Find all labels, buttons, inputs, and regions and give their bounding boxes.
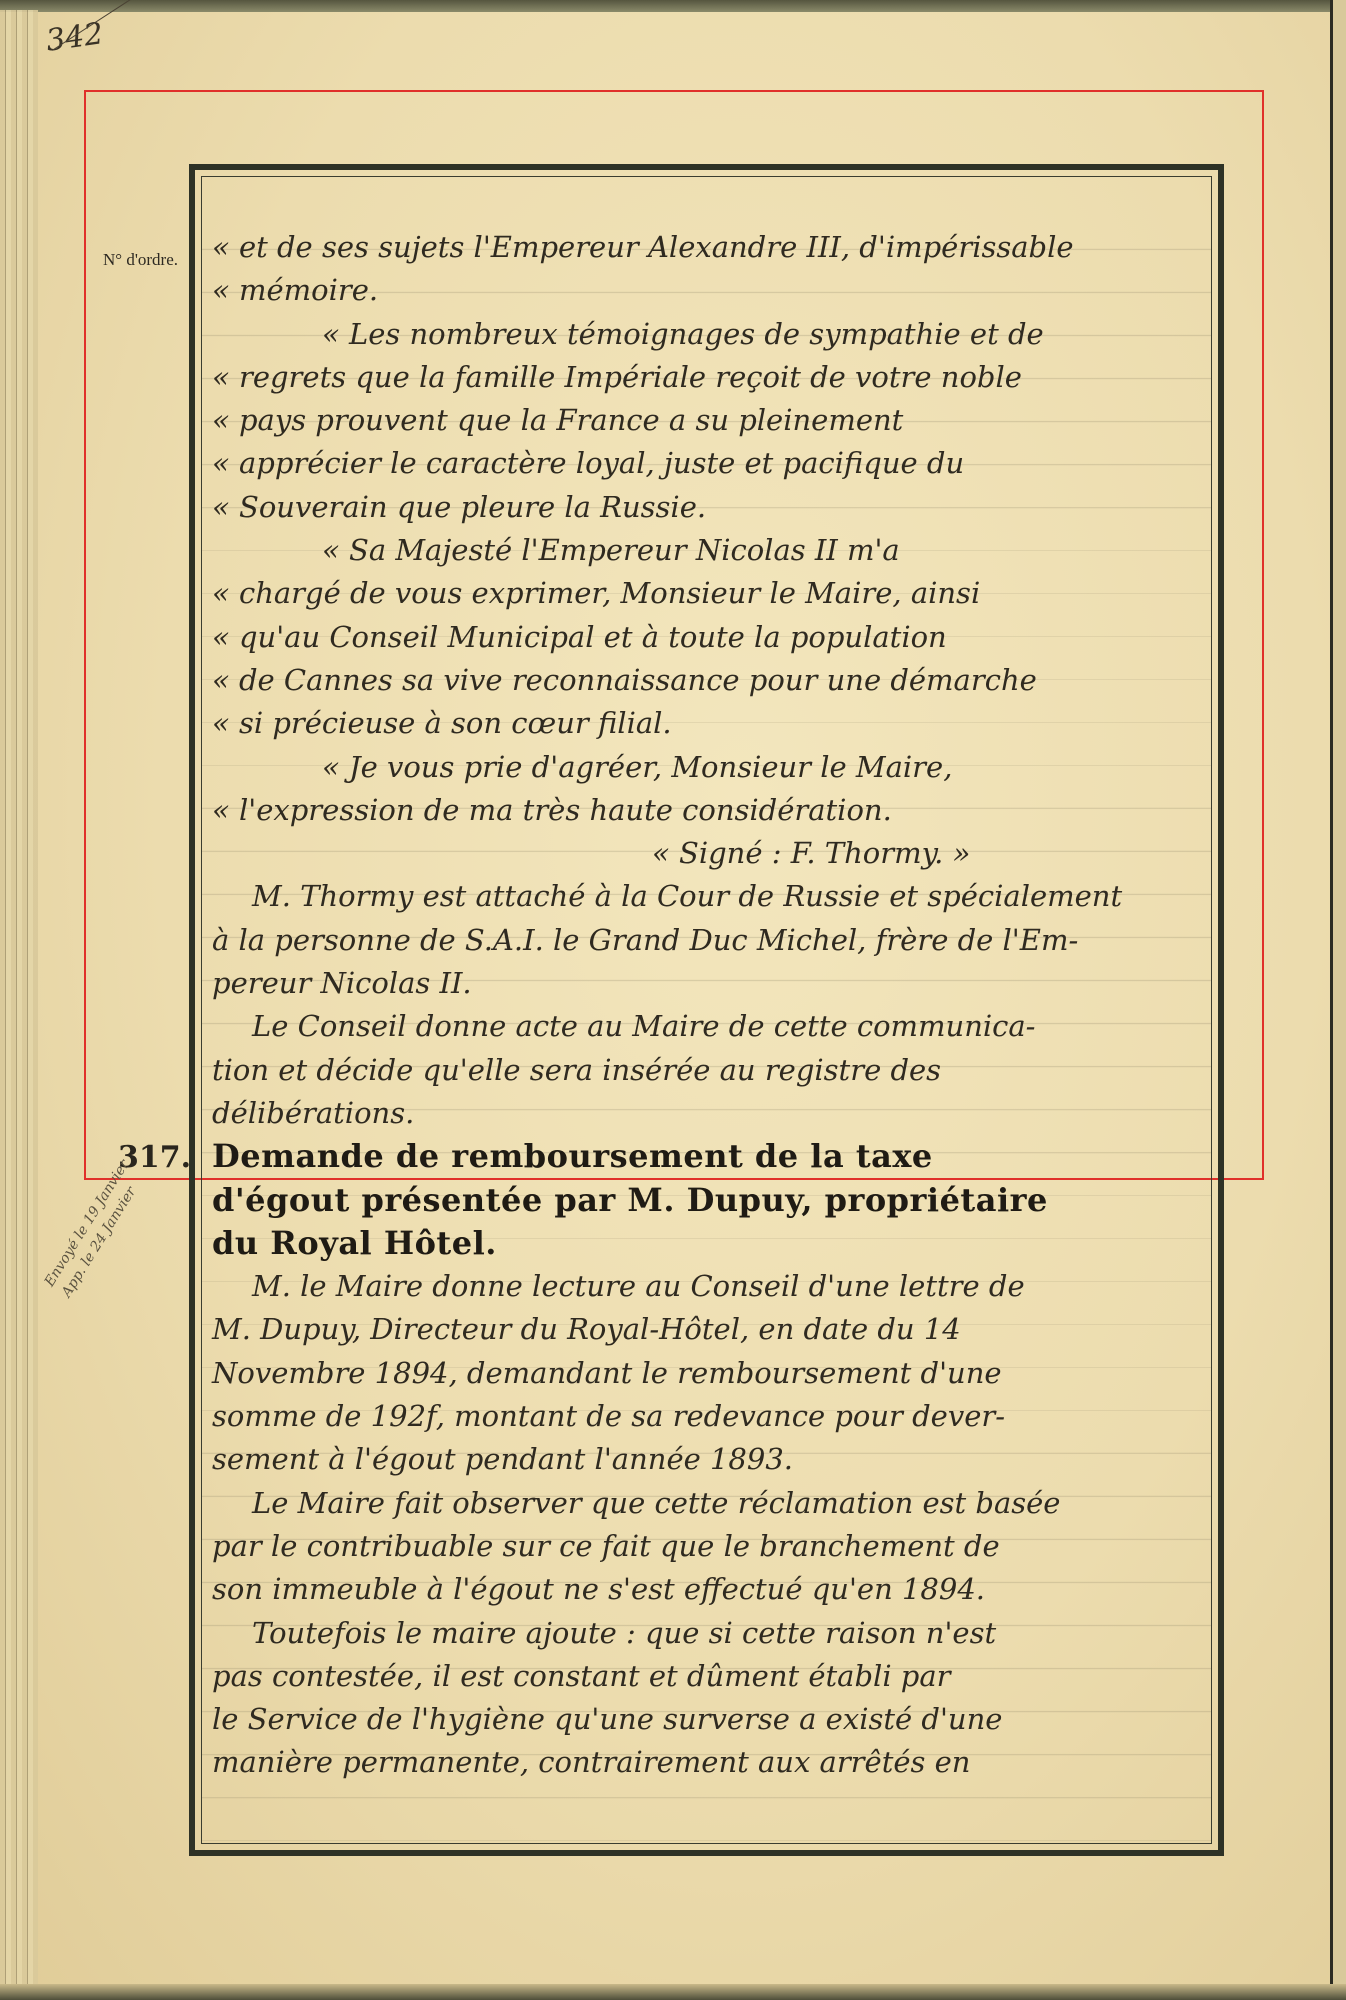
- text-line: manière permanente, contrairement aux ar…: [212, 1741, 1212, 1784]
- text-line: « pays prouvent que la France a su plein…: [212, 399, 1212, 442]
- text-line: « apprécier le caractère loyal, juste et…: [212, 442, 1212, 485]
- text-line: M. le Maire donne lecture au Conseil d'u…: [212, 1265, 1212, 1308]
- text-line: « mémoire.: [212, 269, 1212, 312]
- text-line: « regrets que la famille Impériale reçoi…: [212, 356, 1212, 399]
- text-line: « Sa Majesté l'Empereur Nicolas II m'a: [212, 529, 1212, 572]
- text-line: pereur Nicolas II.: [212, 962, 1212, 1005]
- text-line: Le Conseil donne acte au Maire de cette …: [212, 1005, 1212, 1048]
- text-line: « et de ses sujets l'Empereur Alexandre …: [212, 226, 1212, 269]
- text-line: « l'expression de ma très haute considér…: [212, 789, 1212, 832]
- entry-title-line: Demande de remboursement de la taxe: [212, 1135, 1212, 1178]
- text-line: « Souverain que pleure la Russie.: [212, 486, 1212, 529]
- book-right-edge: [1330, 0, 1346, 2000]
- entry-title-line: du Royal Hôtel.: [212, 1222, 1212, 1265]
- book-top-edge: [0, 0, 1346, 12]
- text-line: « si précieuse à son cœur filial.: [212, 702, 1212, 745]
- text-line: M. Dupuy, Directeur du Royal-Hôtel, en d…: [212, 1308, 1212, 1351]
- entry-title-line: d'égout présentée par M. Dupuy, propriét…: [212, 1179, 1212, 1222]
- text-line: à la personne de S.A.I. le Grand Duc Mic…: [212, 919, 1212, 962]
- signature-line: « Signé : F. Thormy. »: [212, 832, 1212, 875]
- text-line: son immeuble à l'égout ne s'est effectué…: [212, 1568, 1212, 1611]
- text-line: somme de 192f, montant de sa redevance p…: [212, 1395, 1212, 1438]
- ordre-label: N° d'ordre.: [103, 250, 178, 270]
- text-line: « de Cannes sa vive reconnaissance pour …: [212, 659, 1212, 702]
- text-line: pas contestée, il est constant et dûment…: [212, 1655, 1212, 1698]
- text-line: sement à l'égout pendant l'année 1893.: [212, 1438, 1212, 1481]
- text-line: délibérations.: [212, 1092, 1212, 1135]
- handwritten-text: « et de ses sujets l'Empereur Alexandre …: [212, 226, 1212, 1785]
- text-line: par le contribuable sur ce fait que le b…: [212, 1525, 1212, 1568]
- text-line: M. Thormy est attaché à la Cour de Russi…: [212, 875, 1212, 918]
- book-bottom-edge: [0, 1984, 1346, 2000]
- page-number: 342: [44, 16, 106, 59]
- text-line: tion et décide qu'elle sera insérée au r…: [212, 1049, 1212, 1092]
- text-line: « chargé de vous exprimer, Monsieur le M…: [212, 572, 1212, 615]
- text-line: « Les nombreux témoignages de sympathie …: [212, 313, 1212, 356]
- text-line: Novembre 1894, demandant le remboursemen…: [212, 1352, 1212, 1395]
- text-line: « qu'au Conseil Municipal et à toute la …: [212, 616, 1212, 659]
- text-line: « Je vous prie d'agréer, Monsieur le Mai…: [212, 746, 1212, 789]
- book-page-stack: [0, 10, 38, 1990]
- register-page: 342 N° d'ordre. 317. Envoyé le 19 Janvie…: [0, 0, 1346, 2000]
- text-line: Toutefois le maire ajoute : que si cette…: [212, 1612, 1212, 1655]
- text-line: le Service de l'hygiène qu'une surverse …: [212, 1698, 1212, 1741]
- text-line: Le Maire fait observer que cette réclama…: [212, 1482, 1212, 1525]
